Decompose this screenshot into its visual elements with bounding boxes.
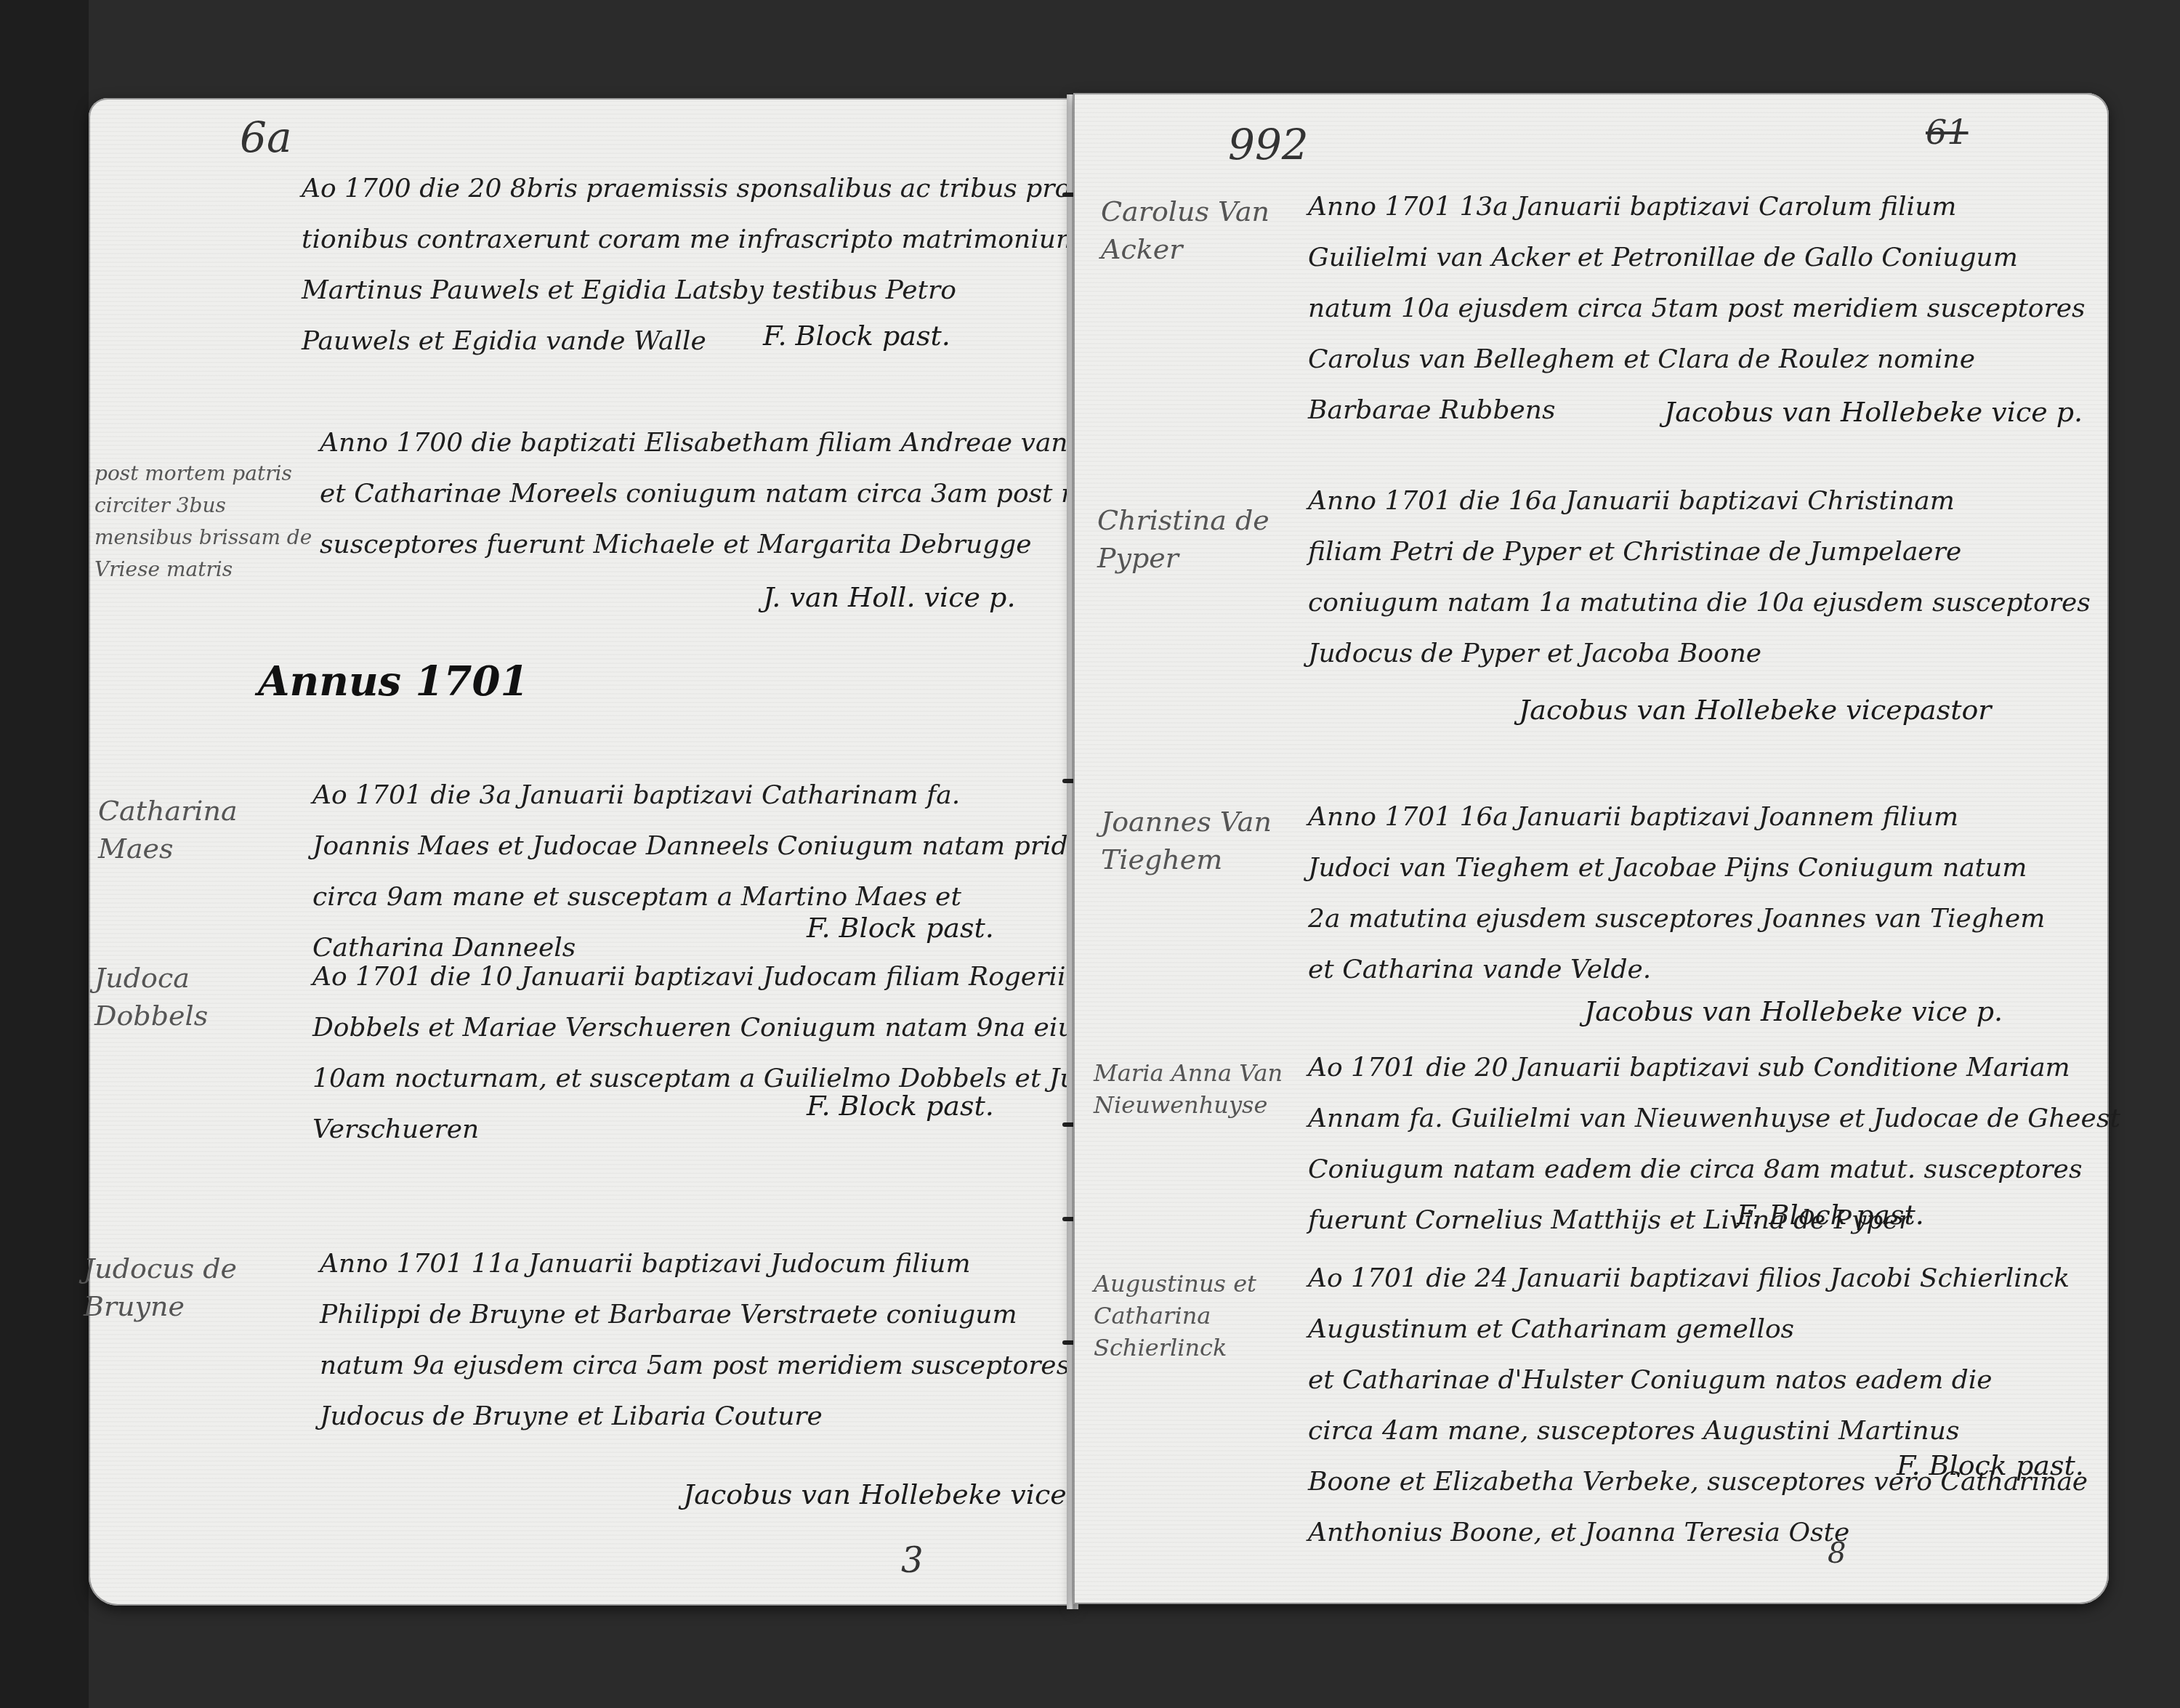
entry-line: filiam Petri de Pyper et Christinae de J… xyxy=(1308,527,2091,578)
scanned-register-spread: 6a Ao 1700 die 20 8bris praemissis spons… xyxy=(0,0,2180,1708)
margin-name: Judocus de Bruyne xyxy=(84,1250,272,1325)
entry-line: Anno 1700 die baptizati Elisabetham fili… xyxy=(320,418,1187,469)
signature: F. Block past. xyxy=(763,320,950,352)
margin-note: post mortem patris circiter 3bus mensibu… xyxy=(94,458,320,586)
entry-line: Anno 1701 13a Januarii baptizavi Carolum… xyxy=(1308,182,2086,232)
entry-line: Anno 1701 die 16a Januarii baptizavi Chr… xyxy=(1308,476,2091,527)
signature: F. Block past. xyxy=(1737,1199,1924,1231)
entry-line: Joannis Maes et Judocae Danneels Coniugu… xyxy=(312,821,1091,872)
bottom-mark: 8 xyxy=(1828,1537,1846,1570)
corner-mark: 61 xyxy=(1926,113,1969,152)
entry-line: Augustinum et Catharinam gemellos xyxy=(1308,1304,2088,1355)
entry-line: Pauwels et Egidia vande Walle xyxy=(302,316,1158,367)
entry-maria-anna-van-nieuwenhuyse: Ao 1701 die 20 Januarii baptizavi sub Co… xyxy=(1308,1043,2120,1246)
entry-line: Ao 1701 die 3a Januarii baptizavi Cathar… xyxy=(312,770,1091,821)
entry-line: 2a matutina ejusdem susceptores Joannes … xyxy=(1308,894,2046,944)
entry-line: Ao 1701 die 20 Januarii baptizavi sub Co… xyxy=(1308,1043,2120,1093)
signature: J. van Holl. vice p. xyxy=(763,581,1015,613)
signature: Jacobus van Hollebeke vicepastor xyxy=(1519,694,1992,726)
entry-line: Guilielmi van Acker et Petronillae de Ga… xyxy=(1308,232,2086,283)
entry-line: Anno 1701 11a Januarii baptizavi Judocum… xyxy=(320,1239,1070,1290)
signature: F. Block past. xyxy=(1897,1449,2084,1481)
entry-line: Judocus de Bruyne et Libaria Couture xyxy=(320,1391,1070,1442)
margin-name: Carolus Van Acker xyxy=(1101,193,1275,268)
entry-line: Anthonius Boone, et Joanna Teresia Oste xyxy=(1308,1507,2088,1558)
signature: Jacobus van Hollebeke vice p. xyxy=(1664,396,2083,428)
entry-line: susceptores fuerunt Michaele et Margarit… xyxy=(320,519,1187,570)
entry-christina-de-pyper: Anno 1701 die 16a Januarii baptizavi Chr… xyxy=(1308,476,2091,679)
entry-line: Judocus de Pyper et Jacoba Boone xyxy=(1308,628,2091,679)
entry-line: coniugum natam 1a matutina die 10a ejusd… xyxy=(1308,578,2091,628)
entry-line: Carolus van Belleghem et Clara de Roulez… xyxy=(1308,334,2086,385)
entry-line: Coniugum natam eadem die circa 8am matut… xyxy=(1308,1144,2120,1195)
right-folio-number: 992 xyxy=(1228,120,1309,169)
entry-line: Judoci van Tieghem et Jacobae Pijns Coni… xyxy=(1308,843,2046,894)
left-entry-marriage: Ao 1700 die 20 8bris praemissis sponsali… xyxy=(302,163,1158,367)
entry-line: Ao 1701 die 24 Januarii baptizavi filios… xyxy=(1308,1253,2088,1304)
entry-line: Ao 1700 die 20 8bris praemissis sponsali… xyxy=(302,163,1158,214)
signature: F. Block past. xyxy=(807,1090,994,1122)
signature: Jacobus van Hollebeke vice p. xyxy=(683,1478,1102,1510)
entry-line: fuerunt Cornelius Matthijs et Livina de … xyxy=(1308,1195,2120,1246)
entry-line: et Catharina vande Velde. xyxy=(1308,944,2046,995)
signature: Jacobus van Hollebeke vice p. xyxy=(1584,995,2003,1027)
entry-line: tionibus contraxerunt coram me infrascri… xyxy=(302,214,1158,265)
entry-line: et Catharinae d'Hulster Coniugum natos e… xyxy=(1308,1355,2088,1406)
margin-name: Catharina Maes xyxy=(98,792,265,867)
left-entry-baptism-1700: Anno 1700 die baptizati Elisabetham fili… xyxy=(320,418,1187,570)
entry-line: Martinus Pauwels et Egidia Latsby testib… xyxy=(302,265,1158,316)
signature: F. Block past. xyxy=(807,912,994,944)
left-folio-number: 6a xyxy=(240,113,291,162)
entry-judocus-de-bruyne: Anno 1701 11a Januarii baptizavi Judocum… xyxy=(320,1239,1070,1442)
margin-name: Christina de Pyper xyxy=(1097,501,1272,577)
margin-name: Judoca Dobbels xyxy=(94,959,262,1035)
entry-joannes-van-tieghem: Anno 1701 16a Januarii baptizavi Joannem… xyxy=(1308,792,2046,995)
entry-schierlinck-twins: Ao 1701 die 24 Januarii baptizavi filios… xyxy=(1308,1253,2088,1558)
bottom-mark: 3 xyxy=(901,1540,924,1581)
year-heading: Annus 1701 xyxy=(258,657,528,705)
margin-name: Augustinus et Catharina Schierlinck xyxy=(1094,1268,1290,1364)
scan-background xyxy=(0,0,89,1708)
entry-line: natum 10a ejusdem circa 5tam post meridi… xyxy=(1308,283,2086,334)
entry-line: et Catharinae Moreels coniugum natam cir… xyxy=(320,469,1187,519)
margin-name: Maria Anna Van Nieuwenhuyse xyxy=(1094,1057,1297,1121)
entry-line: Philippi de Bruyne et Barbarae Verstraet… xyxy=(320,1290,1070,1340)
entry-line: natum 9a ejusdem circa 5am post meridiem… xyxy=(320,1340,1070,1391)
margin-name: Joannes Van Tieghem xyxy=(1101,803,1275,878)
entry-line: Annam fa. Guilielmi van Nieuwenhuyse et … xyxy=(1308,1093,2120,1144)
entry-line: Anno 1701 16a Januarii baptizavi Joannem… xyxy=(1308,792,2046,843)
